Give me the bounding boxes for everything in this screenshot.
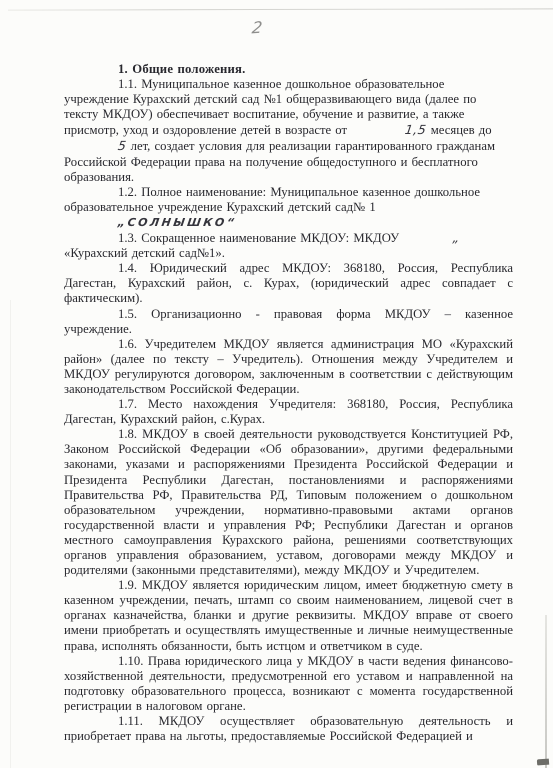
page-number-handwritten: 2 bbox=[251, 18, 263, 38]
handwritten-quote-mark: „ bbox=[398, 230, 461, 245]
section-heading: 1. Общие положения. bbox=[64, 62, 513, 77]
paragraph-1-1-text: месяцев до bbox=[427, 123, 492, 137]
paragraph-1-6: 1.6. Учредителем МКДОУ является админист… bbox=[64, 337, 513, 397]
handwritten-kindergarten-name: „СОЛНЫШКО“ bbox=[63, 215, 237, 230]
scanned-document-page: 2 1. Общие положения. 1.1. Муниципальное… bbox=[0, 0, 553, 768]
scan-edge-line-right bbox=[545, 615, 547, 768]
paragraph-1-2: 1.2. Полное наименование: Муниципальное … bbox=[64, 185, 513, 230]
handwritten-age-to: 5 bbox=[63, 138, 128, 153]
paragraph-1-9: 1.9. МКДОУ является юридическим лицом, и… bbox=[64, 578, 513, 653]
scan-artifact-corner bbox=[537, 759, 549, 766]
paragraph-1-1: 1.1. Муниципальное казенное дошкольное о… bbox=[64, 77, 513, 185]
document-body: 1. Общие положения. 1.1. Муниципальное к… bbox=[64, 62, 513, 744]
paragraph-1-3-text: 1.3. Сокращенное наименование МКДОУ: МКД… bbox=[118, 231, 399, 245]
paragraph-1-8: 1.8. МКДОУ в своей деятельности руководс… bbox=[64, 427, 513, 578]
paragraph-1-5: 1.5. Организационно - правовая форма МКД… bbox=[64, 307, 513, 337]
paragraph-1-3: 1.3. Сокращенное наименование МКДОУ: МКД… bbox=[64, 230, 513, 261]
paragraph-1-4: 1.4. Юридический адрес МКДОУ: 368180, Ро… bbox=[64, 261, 513, 306]
paragraph-1-11: 1.11. МКДОУ осуществляет образовательную… bbox=[64, 714, 513, 744]
scan-edge-line-top bbox=[8, 8, 553, 10]
scan-artifact-streak bbox=[10, 300, 11, 768]
handwritten-age-from: 1,5 bbox=[350, 122, 428, 137]
scan-artifact-arc bbox=[18, 262, 70, 300]
paragraph-1-10: 1.10. Права юридического лица у МКДОУ в … bbox=[64, 654, 513, 714]
paragraph-1-1-text: лет, создает условия для реализации гара… bbox=[64, 139, 495, 183]
paragraph-1-7: 1.7. Место нахождения Учредителя: 368180… bbox=[64, 397, 513, 427]
paragraph-1-2-text: 1.2. Полное наименование: Муниципальное … bbox=[64, 185, 480, 214]
paragraph-1-3-text: «Курахский детский сад№1». bbox=[64, 246, 225, 260]
